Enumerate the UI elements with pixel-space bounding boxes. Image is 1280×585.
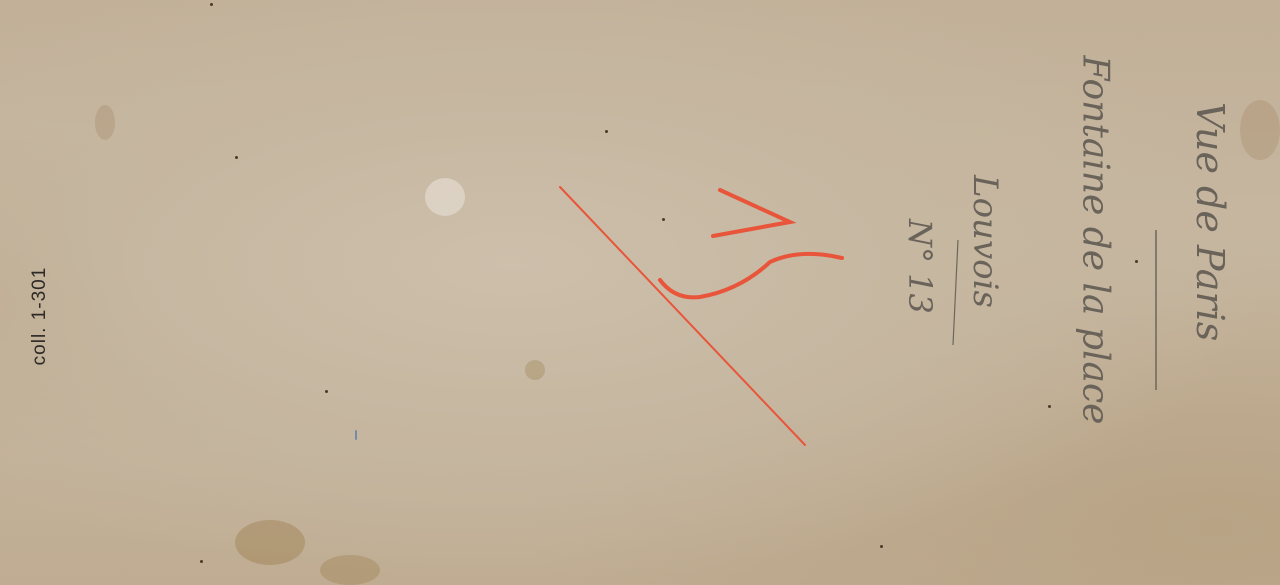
pencil-underline	[953, 240, 958, 345]
title-line-3: Louvois	[965, 175, 1005, 355]
red-number-stroke	[713, 190, 790, 236]
stereoview-card-back: coll. 1-301 Vue de Paris Fontaine de la …	[0, 0, 1280, 585]
title-line-2: Fontaine de la place	[1075, 56, 1116, 556]
collection-number: coll. 1-301	[29, 246, 51, 386]
item-number: N° 13	[901, 219, 939, 359]
red-number-stroke	[660, 254, 842, 298]
title-line-1: Vue de Paris	[1188, 102, 1232, 482]
